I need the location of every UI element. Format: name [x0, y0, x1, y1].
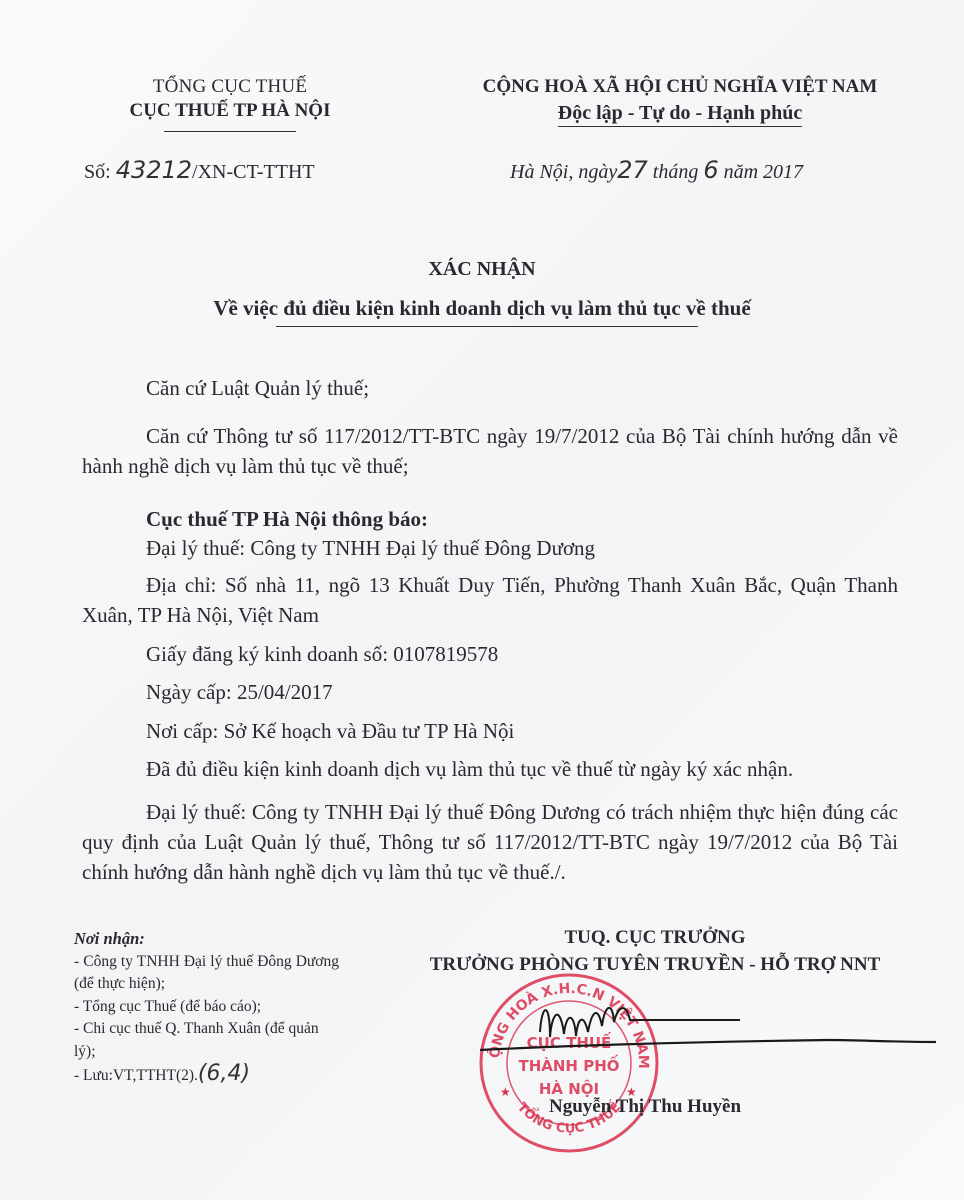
- year-text: năm 2017: [724, 161, 803, 183]
- signature-scribble-icon: [480, 992, 940, 1092]
- number-label: Số:: [84, 161, 111, 183]
- national-header: CỘNG HOÀ XÃ HỘI CHỦ NGHĨA VIỆT NAM Độc l…: [445, 76, 915, 127]
- handwritten-number: 43212: [116, 156, 192, 184]
- signatory-line-1: TUQ. CỤC TRƯỞNG: [360, 924, 950, 951]
- basis-1: Căn cứ Luật Quản lý thuế;: [82, 373, 898, 403]
- announcement: Cục thuế TP Hà Nội thông báo:: [82, 504, 898, 534]
- header-rule: [164, 131, 296, 132]
- document-number: Số: 43212/XN-CT-TTHT: [84, 156, 315, 184]
- country-name: CỘNG HOÀ XÃ HỘI CHỦ NGHĨA VIỆT NAM: [445, 76, 915, 98]
- recipients-heading: Nơi nhận:: [74, 928, 339, 951]
- issue-date: Ngày cấp: 25/04/2017: [82, 677, 898, 707]
- month-label: tháng: [653, 161, 699, 183]
- national-motto: Độc lập - Tự do - Hạnh phúc: [558, 102, 802, 127]
- recipient-item: - Tổng cục Thuế (để báo cáo);: [74, 996, 339, 1019]
- agency-name: TỔNG CỤC THUẾ: [70, 76, 390, 98]
- basis-2: Căn cứ Thông tư số 117/2012/TT-BTC ngày …: [82, 421, 898, 481]
- subtitle-rule: [276, 326, 698, 327]
- issuer-header: TỔNG CỤC THUẾ CỤC THUẾ TP HÀ NỘI: [70, 76, 390, 132]
- department-name: CỤC THUẾ TP HÀ NỘI: [70, 100, 390, 122]
- issued-by: Nơi cấp: Sở Kế hoạch và Đầu tư TP Hà Nội: [82, 716, 898, 746]
- recipients-block: Nơi nhận: - Công ty TNHH Đại lý thuế Đôn…: [74, 928, 339, 1088]
- eligibility-statement: Đã đủ điều kiện kinh doanh dịch vụ làm t…: [82, 754, 898, 784]
- agent-address: Địa chỉ: Số nhà 11, ngõ 13 Khuất Duy Tiế…: [82, 570, 898, 630]
- handwritten-copies: (6,4): [198, 1061, 250, 1086]
- archive-note: - Lưu:VT,TTHT(2).: [74, 1067, 198, 1084]
- scanned-page: TỔNG CỤC THUẾ CỤC THUẾ TP HÀ NỘI Số: 432…: [0, 0, 964, 1200]
- recipient-item: - Công ty TNHH Đại lý thuế Đông Dương (đ…: [74, 951, 339, 996]
- signatory-name: Nguyễn Thị Thu Huyền: [430, 1096, 860, 1118]
- date-prefix: Hà Nội, ngày: [510, 161, 617, 183]
- recipient-item: - Chi cục thuế Q. Thanh Xuân (để quản lý…: [74, 1018, 339, 1063]
- handwritten-month: 6: [703, 156, 718, 184]
- responsibility-statement: Đại lý thuế: Công ty TNHH Đại lý thuế Đô…: [82, 797, 898, 887]
- handwritten-day: 27: [617, 156, 648, 184]
- document-date: Hà Nội, ngày27 tháng 6 năm 2017: [510, 156, 803, 184]
- document-subtitle: Về việc đủ điều kiện kinh doanh dịch vụ …: [0, 296, 964, 321]
- business-license: Giấy đăng ký kinh doanh số: 0107819578: [82, 639, 898, 669]
- agent-name: Đại lý thuế: Công ty TNHH Đại lý thuế Đô…: [82, 533, 898, 563]
- document-title: XÁC NHẬN: [0, 258, 964, 281]
- number-suffix: /XN-CT-TTHT: [192, 161, 315, 183]
- recipient-item: - Lưu:VT,TTHT(2).(6,4): [74, 1063, 339, 1088]
